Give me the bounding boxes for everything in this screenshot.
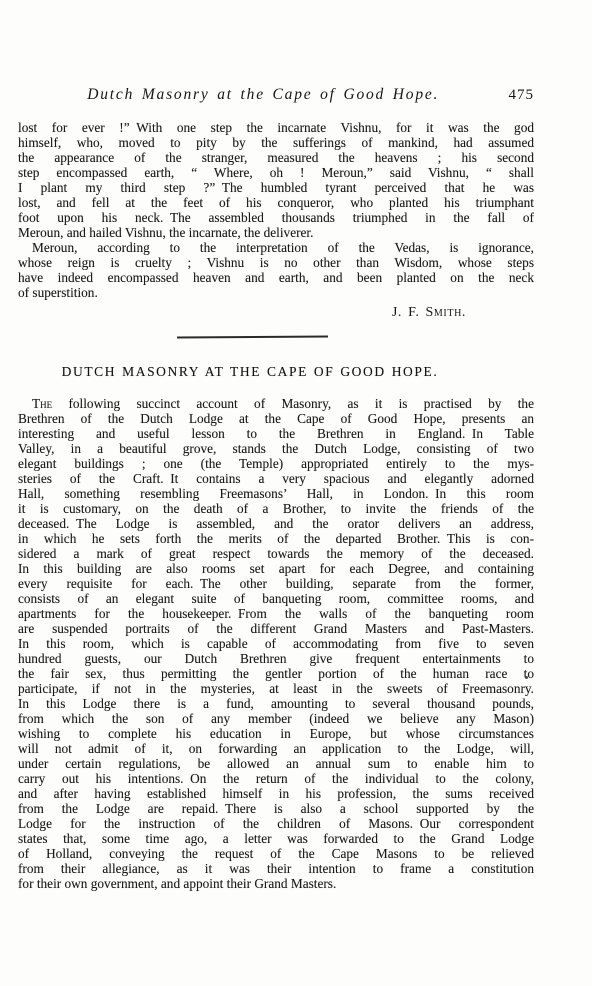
text-line: elegant buildings ; one (the Temple) app… xyxy=(18,456,534,471)
text-line: under certain regulations, be allowed an… xyxy=(18,756,534,771)
text-line: the appearance of the stranger, measured… xyxy=(18,150,534,165)
text-line: himself, who, moved to pity by the suffe… xyxy=(18,135,534,150)
text-line: hundred guests, our Dutch Brethren give … xyxy=(18,651,534,666)
text-line: it is customary, on the death of a Broth… xyxy=(18,501,534,516)
running-head-title: Dutch Masonry at the Cape of Good Hope. xyxy=(18,86,509,104)
text-column: Dutch Masonry at the Cape of Good Hope. … xyxy=(18,86,534,891)
text-line: In this building are also rooms set apar… xyxy=(18,561,534,576)
text-line: participate, if not in the mysteries, at… xyxy=(18,681,534,696)
text-line: lost, and fell at the feet of his conque… xyxy=(18,195,534,210)
paragraph: lost for ever !” With one step the incar… xyxy=(18,120,534,240)
text-line: whose reign is cruelty ; Vishnu is no ot… xyxy=(18,255,534,270)
text-line: in which he sets forth the merits of the… xyxy=(18,531,534,546)
author-signature: J. F. Smith. xyxy=(18,304,534,322)
article-heading: DUTCH MASONRY AT THE CAPE OF GOOD HOPE. xyxy=(18,364,534,380)
text-line: will not admit of it, on forwarding an a… xyxy=(18,741,534,756)
signature-initials: J. F. xyxy=(392,305,426,320)
scanned-book-page: Dutch Masonry at the Cape of Good Hope. … xyxy=(0,0,592,986)
paragraph: Meroun, according to the interpretation … xyxy=(18,240,534,300)
running-head: Dutch Masonry at the Cape of Good Hope. … xyxy=(18,86,534,106)
text-line: wishing to complete his education in Eur… xyxy=(18,726,534,741)
text-line: steries of the Craft. It contains a very… xyxy=(18,471,534,486)
text-line: In this Lodge there is a fund, amounting… xyxy=(18,696,534,711)
page-number: 475 xyxy=(509,87,535,104)
paragraph: The following succinct account of Masonr… xyxy=(18,396,534,891)
text-line: the fair sex, thus permitting the gentle… xyxy=(18,666,534,681)
text-line: Meroun, and hailed Vishnu, the incarnate… xyxy=(18,225,534,240)
section-divider-rule xyxy=(177,335,328,338)
text-line: Hall, something resembling Freemasons’ H… xyxy=(18,486,534,501)
text-line: apartments for the housekeeper. From the… xyxy=(18,606,534,621)
signature-surname: Smith. xyxy=(426,305,466,320)
article-continuation-text: lost for ever !” With one step the incar… xyxy=(18,120,534,300)
text-line: of superstition. xyxy=(18,285,534,300)
text-line: Valley, in a beautiful grove, stands the… xyxy=(18,441,534,456)
ink-speck xyxy=(525,676,528,679)
text-line: interesting and useful lesson to the Bre… xyxy=(18,426,534,441)
text-line: step encompassed earth, “ Where, oh ! Me… xyxy=(18,165,534,180)
text-line: sidered a mark of great respect towards … xyxy=(18,546,534,561)
text-line: consists of an elegant suite of banqueti… xyxy=(18,591,534,606)
small-caps-lead: The xyxy=(32,396,52,411)
text-line: from which the son of any member (indeed… xyxy=(18,711,534,726)
text-line: The following succinct account of Masonr… xyxy=(18,396,534,411)
text-line: I plant my third step ?” The humbled tyr… xyxy=(18,180,534,195)
text-line: every requisite for each. The other buil… xyxy=(18,576,534,591)
text-line: have indeed encompassed heaven and earth… xyxy=(18,270,534,285)
text-line: from the Lodge are repaid. There is also… xyxy=(18,801,534,816)
text-line: are suspended portraits of the different… xyxy=(18,621,534,636)
text-line: from their allegiance, as it was their i… xyxy=(18,861,534,876)
text-line: states that, some time ago, a letter was… xyxy=(18,831,534,846)
text-line: Brethren of the Dutch Lodge at the Cape … xyxy=(18,411,534,426)
text-line: Lodge for the instruction of the childre… xyxy=(18,816,534,831)
text-line: for their own government, and appoint th… xyxy=(18,876,534,891)
text-line: and after having established himself in … xyxy=(18,786,534,801)
text-line: lost for ever !” With one step the incar… xyxy=(18,120,534,135)
text-line: carry out his intentions. On the return … xyxy=(18,771,534,786)
text-line: of Holland, conveying the request of the… xyxy=(18,846,534,861)
text-line: deceased. The Lodge is assembled, and th… xyxy=(18,516,534,531)
article-body-text: The following succinct account of Masonr… xyxy=(18,396,534,891)
text-line: In this room, which is capable of accomm… xyxy=(18,636,534,651)
text-line: Meroun, according to the interpretation … xyxy=(18,240,534,255)
text-line: foot upon his neck. The assembled thousa… xyxy=(18,210,534,225)
